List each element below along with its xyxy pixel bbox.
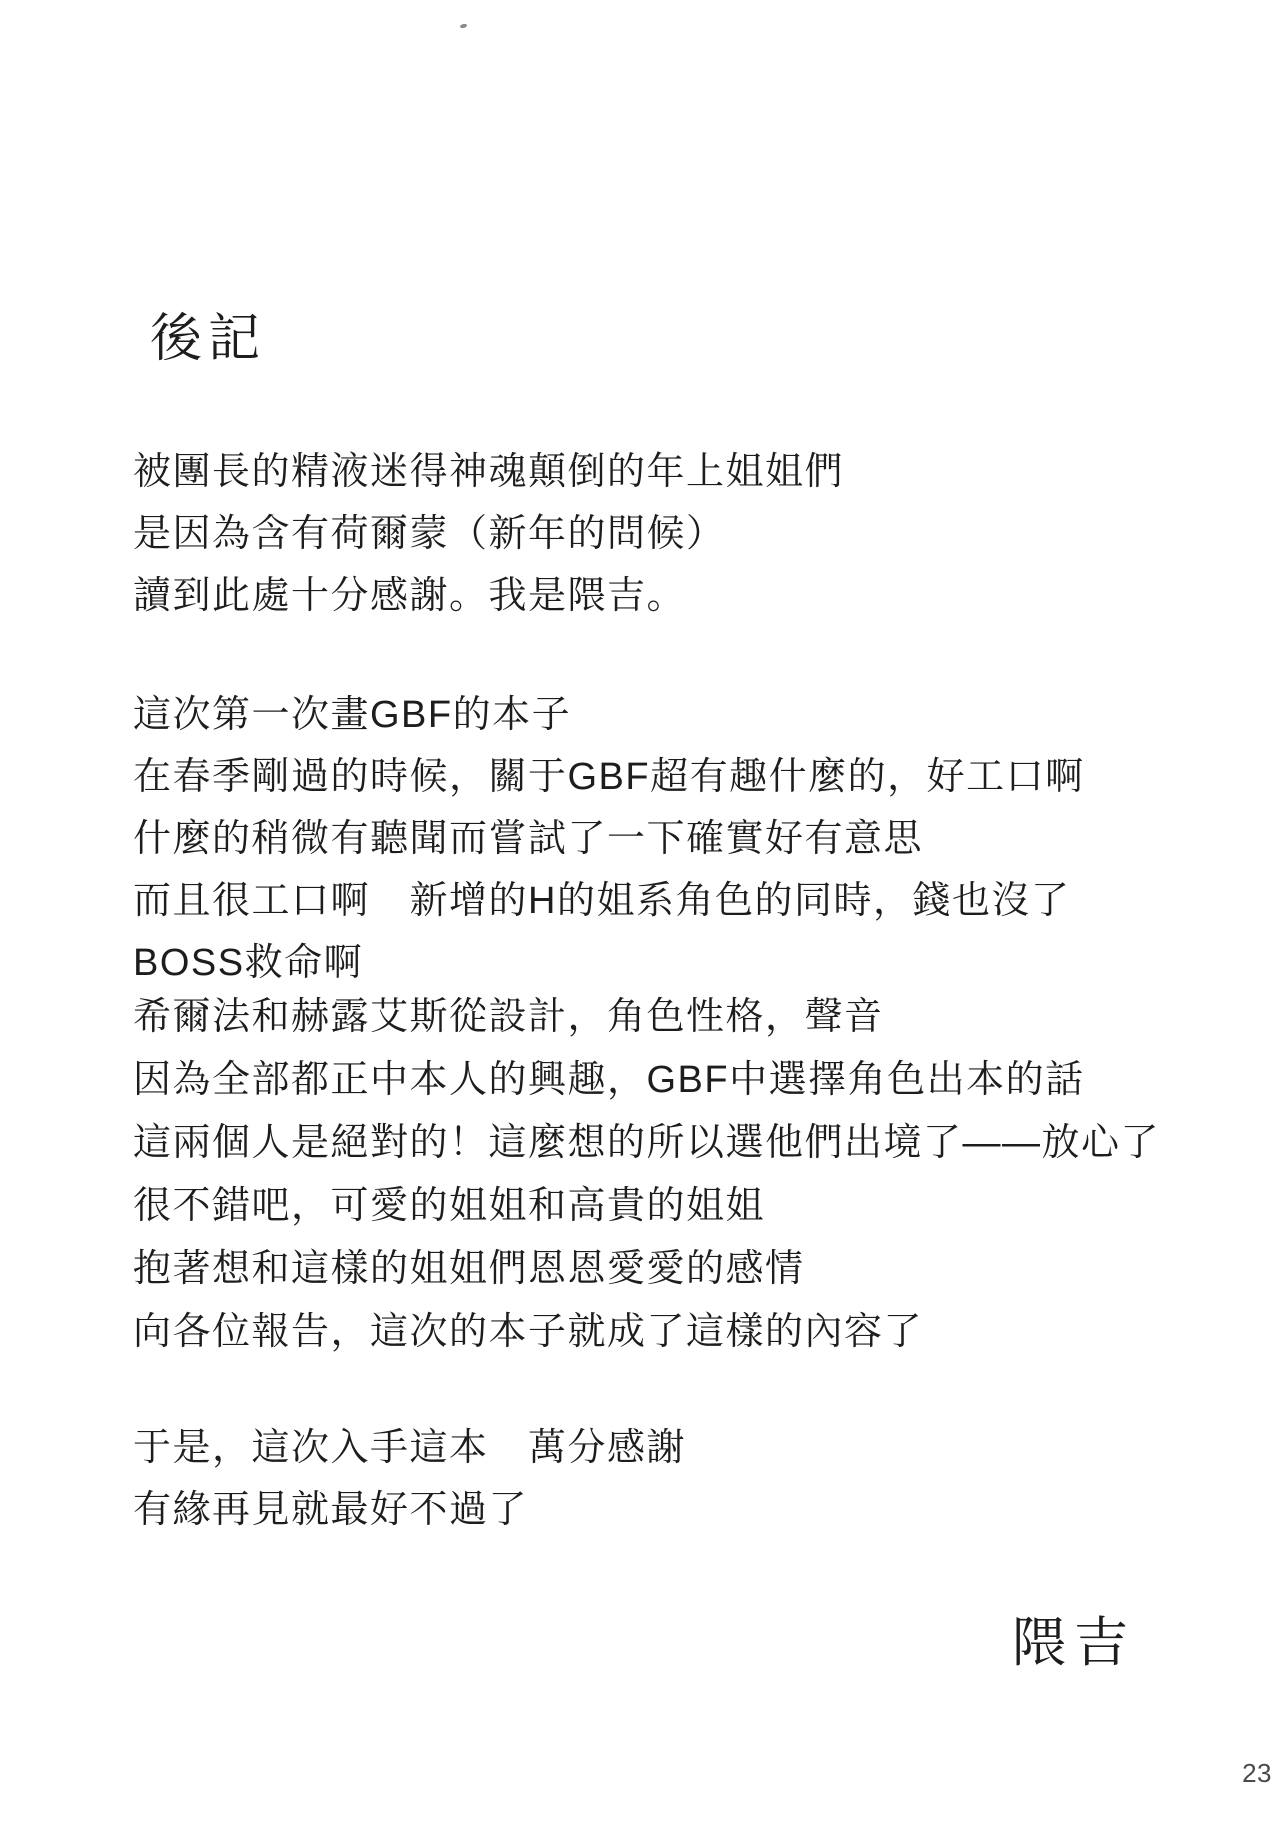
paragraph-thanks: 于是，這次入手這本 萬分感謝 有緣再見就最好不過了 xyxy=(133,1417,1220,1541)
text-line: 這兩個人是絕對的！這麼想的所以選他們出境了——放心了 xyxy=(133,1112,1220,1175)
paragraph-greeting: 被團長的精液迷得神魂顛倒的年上姐姐們 是因為含有荷爾蒙（新年的問候） 讀到此處十… xyxy=(133,441,1220,627)
paragraph-gbf-intro: 這次第一次畫GBF的本子 在春季剛過的時候，關于GBF超有趣什麼的，好工口啊 什… xyxy=(133,684,1220,994)
text-line: 是因為含有荷爾蒙（新年的問候） xyxy=(133,503,1220,565)
text-line: 讀到此處十分感謝。我是隈吉。 xyxy=(133,565,1220,627)
text-line: 希爾法和赫露艾斯從設計，角色性格，聲音 xyxy=(133,986,1220,1049)
text-line: 向各位報告，這次的本子就成了這樣的內容了 xyxy=(133,1301,1220,1364)
text-line: 被團長的精液迷得神魂顛倒的年上姐姐們 xyxy=(133,441,1220,503)
paragraph-characters: 希爾法和赫露艾斯從設計，角色性格，聲音 因為全部都正中本人的興趣，GBF中選擇角… xyxy=(133,986,1220,1364)
afterword-page: 後記 被團長的精液迷得神魂顛倒的年上姐姐們 是因為含有荷爾蒙（新年的問候） 讀到… xyxy=(0,0,1280,1827)
text-line: 有緣再見就最好不過了 xyxy=(133,1479,1220,1541)
scan-artifact xyxy=(460,23,468,29)
text-line: 因為全部都正中本人的興趣，GBF中選擇角色出本的話 xyxy=(133,1049,1220,1112)
text-line: 在春季剛過的時候，關于GBF超有趣什麼的，好工口啊 xyxy=(133,746,1220,808)
page-title: 後記 xyxy=(150,311,266,368)
text-line: 而且很工口啊 新增的H的姐系角色的同時，錢也沒了 BOSS救命啊 xyxy=(133,870,1220,994)
author-signature: 隈吉 xyxy=(1012,1600,1136,1677)
text-line: 于是，這次入手這本 萬分感謝 xyxy=(133,1417,1220,1479)
text-line: 這次第一次畫GBF的本子 xyxy=(133,684,1220,746)
text-line: 很不錯吧，可愛的姐姐和高貴的姐姐 xyxy=(133,1175,1220,1238)
page-number: 23 xyxy=(1242,1758,1272,1789)
text-line: 什麼的稍微有聽聞而嘗試了一下確實好有意思 xyxy=(133,808,1220,870)
text-line: 抱著想和這樣的姐姐們恩恩愛愛的感情 xyxy=(133,1238,1220,1301)
